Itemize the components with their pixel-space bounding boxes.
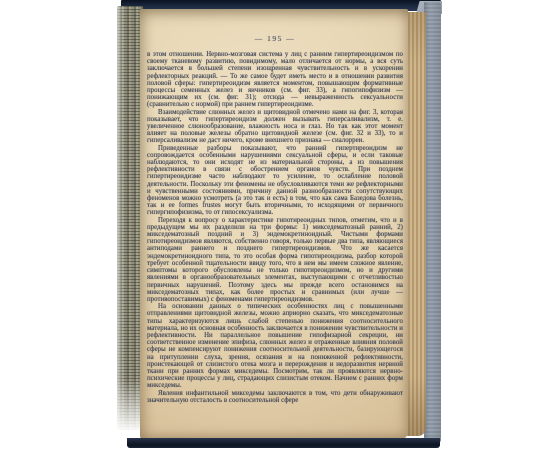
book-photo: — 195 — в этом отношении. Нервно-мозгова…: [0, 0, 550, 450]
paragraph-2: Взаимодействие слюнных желез и щитовидно…: [147, 109, 403, 145]
paragraph-5: На основании данных о типических особенн…: [147, 303, 403, 389]
book-page: — 195 — в этом отношении. Нервно-мозгова…: [140, 9, 408, 439]
paragraph-1: в этом отношении. Нервно-мозговая систем…: [147, 51, 403, 109]
paragraph-4: Переходя к вопросу о характеристике гипо…: [147, 217, 403, 303]
page-content: — 195 — в этом отношении. Нервно-мозгова…: [147, 9, 403, 404]
book-bottom-cover-band: [127, 438, 440, 448]
body-text: в этом отношении. Нервно-мозговая систем…: [147, 51, 403, 404]
paragraph-3: Приведенные разборы показывают, что ранн…: [147, 145, 403, 217]
book-cover-edge: [424, 2, 441, 443]
page-number: — 195 —: [147, 34, 403, 43]
fore-edge-pages: [406, 12, 426, 436]
paragraph-6: Явления инфантильной микседемы заключают…: [147, 390, 403, 404]
